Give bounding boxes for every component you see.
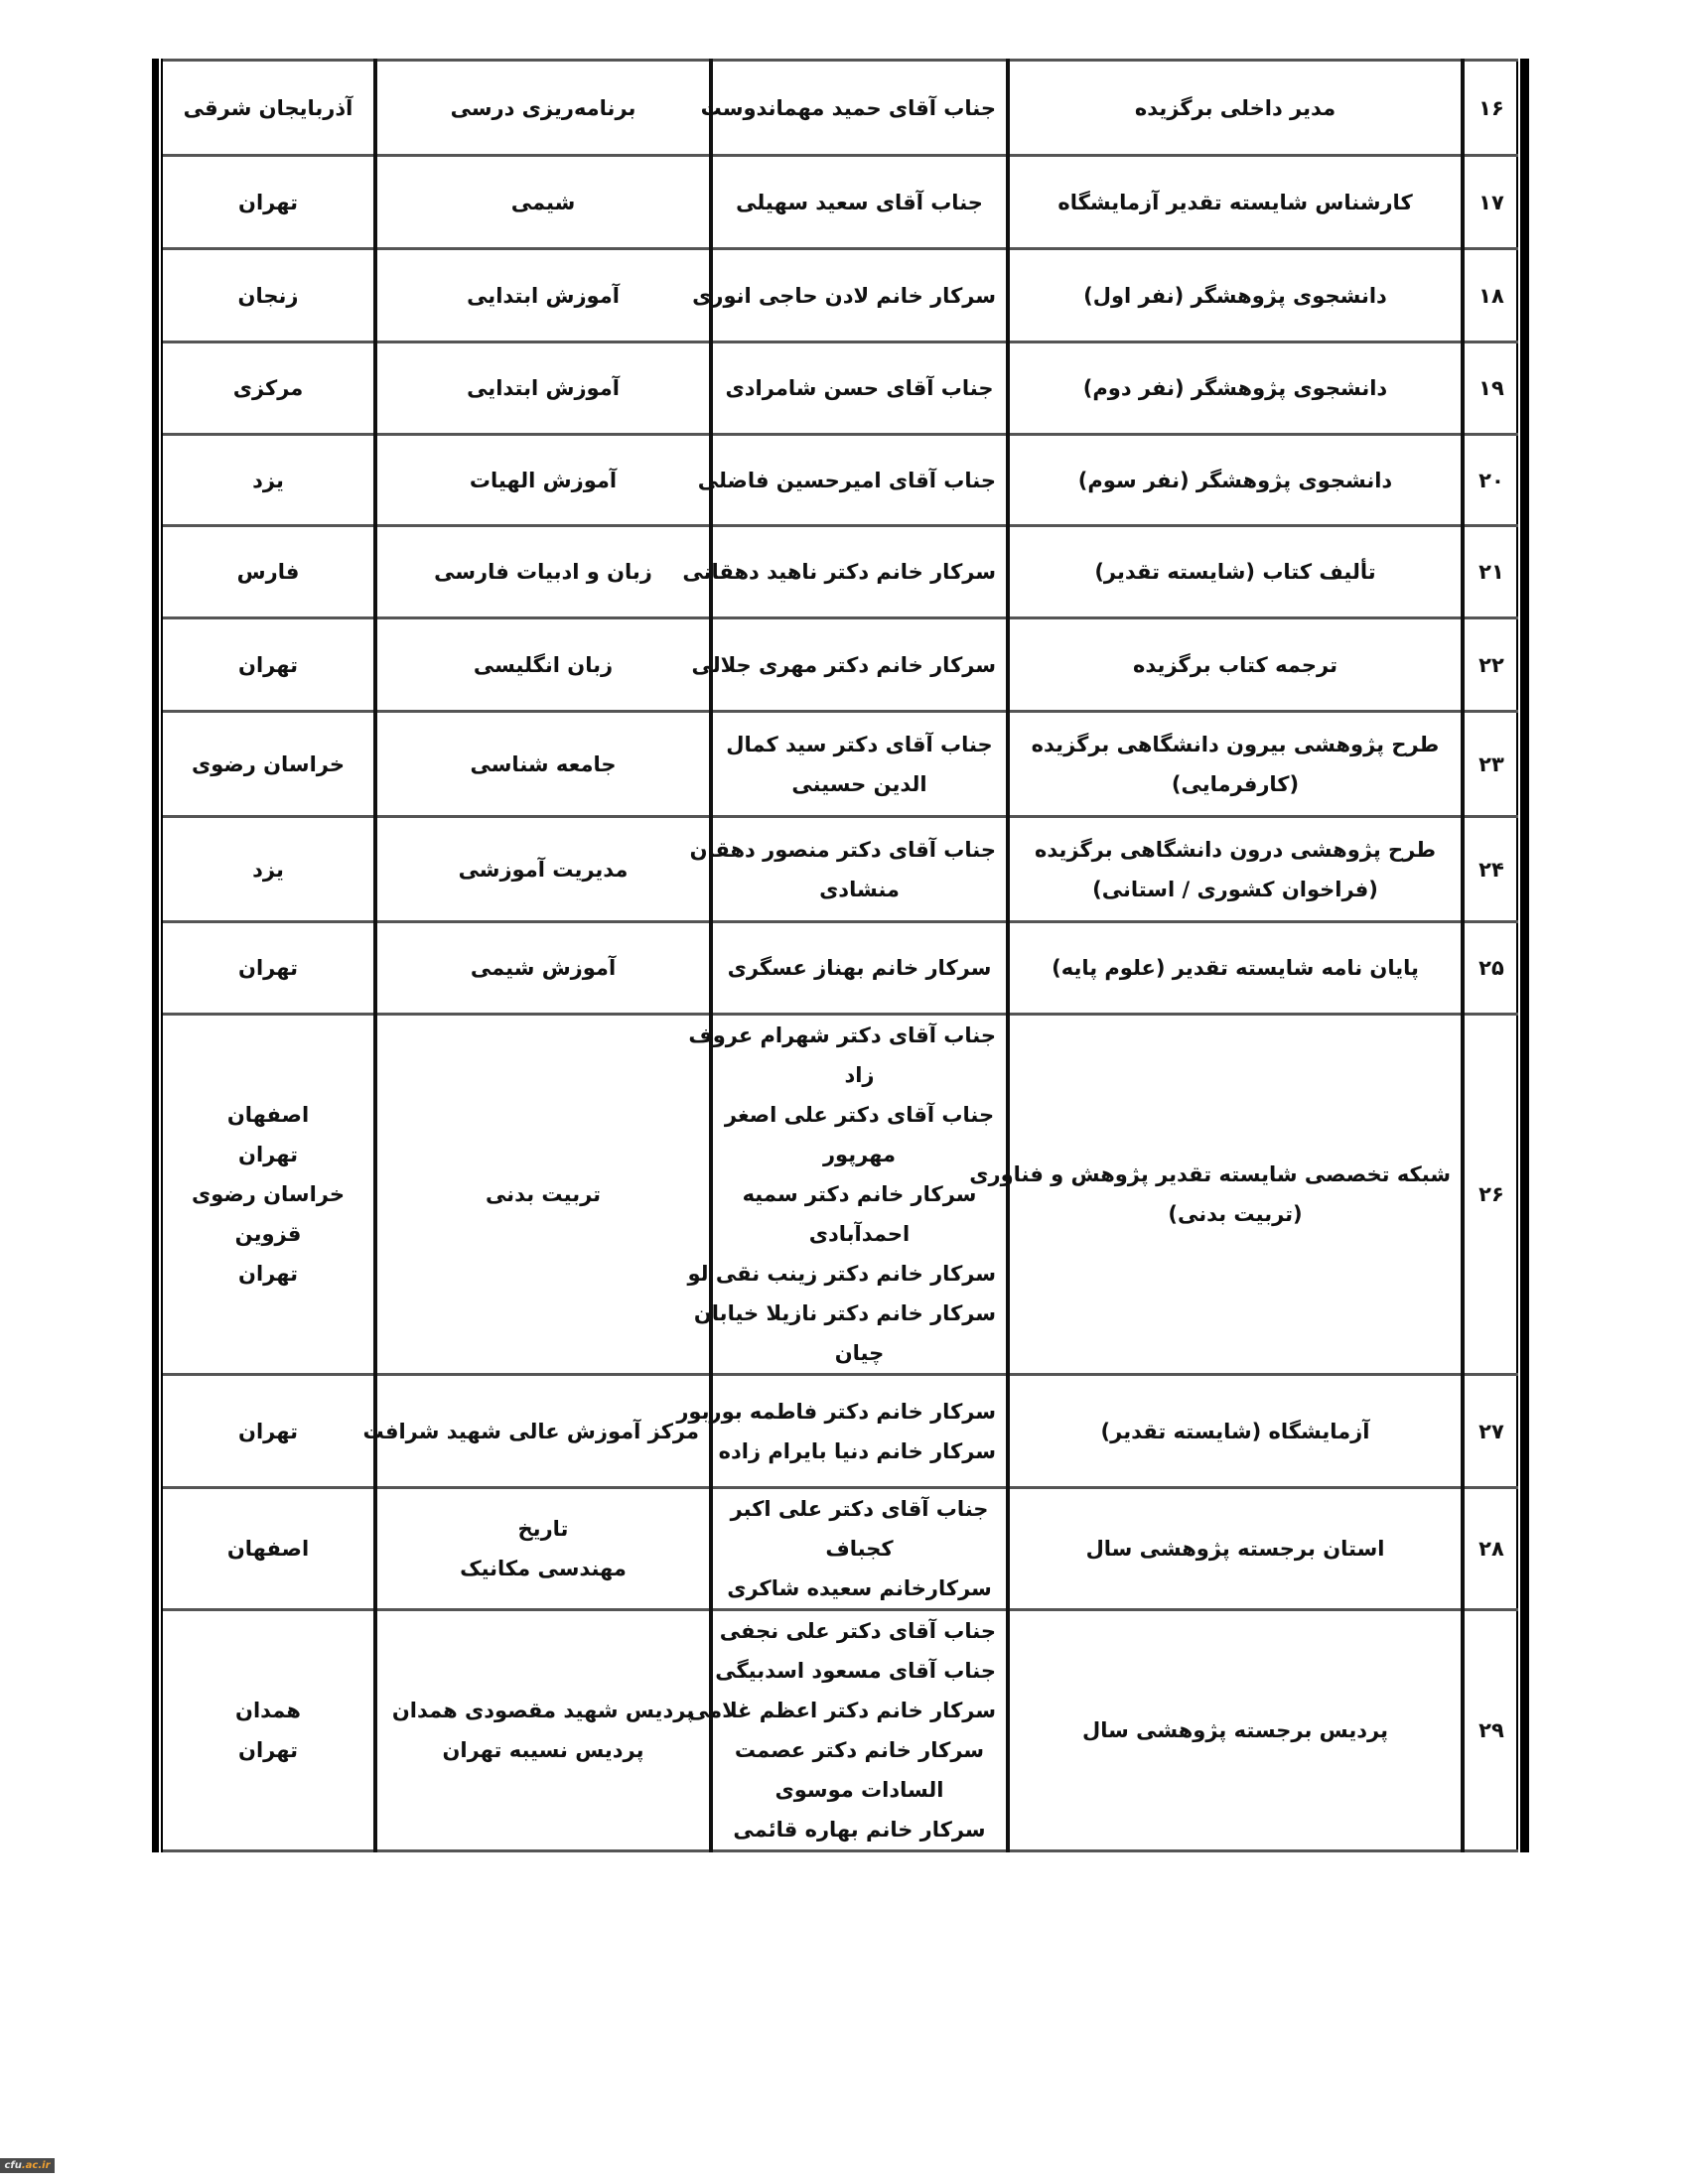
- row-number-cell: ۲۰: [1463, 435, 1518, 526]
- province-line: یزد: [173, 850, 363, 889]
- awards-table-container: ۱۶مدیر داخلی برگزیدهجناب آقای حمید مهمان…: [152, 59, 1529, 1852]
- row-number-cell: ۲۵: [1463, 922, 1518, 1015]
- row-number-cell: ۲۶: [1463, 1015, 1518, 1375]
- award-title-cell: شبکه تخصصی شایسته تقدیر پژوهش و فناوری(ت…: [1008, 1015, 1463, 1375]
- province-line: فارس: [173, 552, 363, 592]
- award-title-cell: مدیر داخلی برگزیده: [1008, 61, 1463, 156]
- province-line: تهران: [173, 1135, 363, 1174]
- site-watermark: cfu.ac.ir: [0, 2158, 55, 2173]
- recipient-names-line: سرکار خانم دکتر سمیه: [723, 1174, 996, 1214]
- province-line: تهران: [173, 1730, 363, 1770]
- award-title-cell: دانشجوی پژوهشگر (نفر اول): [1008, 249, 1463, 342]
- recipient-names-line: جناب آقای دکتر علی نجفی: [723, 1611, 996, 1651]
- province-line: زنجان: [173, 276, 363, 316]
- field-cell: شیمی: [375, 156, 711, 249]
- row-number-cell: ۱۸: [1463, 249, 1518, 342]
- award-title-line: مدیر داخلی برگزیده: [1020, 88, 1451, 128]
- province-cell: فارس: [163, 526, 375, 618]
- award-title-cell: کارشناس شایسته تقدیر آزمایشگاه: [1008, 156, 1463, 249]
- recipient-names-cell: جناب آقای حمید مهماندوست: [711, 61, 1008, 156]
- recipient-names-line: سرکار خانم دکتر نازیلا خیابان: [723, 1294, 996, 1333]
- field-cell: مدیریت آموزشی: [375, 817, 711, 922]
- province-cell: اصفهان: [163, 1488, 375, 1610]
- watermark-text-cfu: cfu: [4, 2160, 21, 2171]
- recipient-names-cell: جناب آقای حسن شامرادی: [711, 342, 1008, 435]
- field-cell: زبان انگلیسی: [375, 618, 711, 712]
- province-cell: تهران: [163, 618, 375, 712]
- province-cell: تهران: [163, 1375, 375, 1488]
- field-cell: آموزش ابتدایی: [375, 249, 711, 342]
- table-row: ۱۶مدیر داخلی برگزیدهجناب آقای حمید مهمان…: [163, 61, 1518, 156]
- recipient-names-line: جناب آقای دکتر شهرام عروف: [723, 1016, 996, 1055]
- table-row: ۱۹دانشجوی پژوهشگر (نفر دوم)جناب آقای حسن…: [163, 342, 1518, 435]
- award-title-line: دانشجوی پژوهشگر (نفر دوم): [1020, 368, 1451, 408]
- row-number-cell: ۲۹: [1463, 1610, 1518, 1851]
- province-line: تهران: [173, 1412, 363, 1451]
- province-cell: زنجان: [163, 249, 375, 342]
- province-line: مرکزی: [173, 368, 363, 408]
- table-row: ۲۲ترجمه کتاب برگزیدهسرکار خانم دکتر مهری…: [163, 618, 1518, 712]
- field-cell: برنامه‌ریزی درسی: [375, 61, 711, 156]
- recipient-names-line: جناب آقای سعید سهیلی: [723, 183, 996, 222]
- table-row: ۲۳طرح پژوهشی بیرون دانشگاهی برگزیده(کارف…: [163, 712, 1518, 817]
- province-line: تهران: [173, 1254, 363, 1294]
- field-line: مدیریت آموزشی: [387, 850, 699, 889]
- province-cell: همدانتهران: [163, 1610, 375, 1851]
- table-row: ۲۵پایان نامه شایسته تقدیر (علوم پایه)سرک…: [163, 922, 1518, 1015]
- award-title-line: استان برجسته پژوهشی سال: [1020, 1529, 1451, 1569]
- table-row: ۲۶شبکه تخصصی شایسته تقدیر پژوهش و فناوری…: [163, 1015, 1518, 1375]
- recipient-names-cell: سرکار خانم لادن حاجی انوری: [711, 249, 1008, 342]
- row-number-cell: ۱۹: [1463, 342, 1518, 435]
- award-title-cell: دانشجوی پژوهشگر (نفر دوم): [1008, 342, 1463, 435]
- recipient-names-cell: سرکار خانم دکتر مهری جلالی: [711, 618, 1008, 712]
- field-cell: آموزش ابتدایی: [375, 342, 711, 435]
- row-number-cell: ۲۴: [1463, 817, 1518, 922]
- field-line: شیمی: [387, 183, 699, 222]
- recipient-names-line: کجباف: [723, 1529, 996, 1569]
- province-line: تهران: [173, 183, 363, 222]
- field-cell: تاریخمهندسی مکانیک: [375, 1488, 711, 1610]
- recipient-names-line: جناب آقای امیرحسین فاضلی: [723, 461, 996, 500]
- field-line: تربیت بدنی: [387, 1174, 699, 1214]
- recipient-names-line: منشادی: [723, 870, 996, 909]
- province-cell: خراسان رضوی: [163, 712, 375, 817]
- recipient-names-line: جناب آقای مسعود اسدبیگی: [723, 1651, 996, 1691]
- recipient-names-cell: سرکار خانم دکتر فاطمه بوربورسرکار خانم د…: [711, 1375, 1008, 1488]
- province-line: اصفهان: [173, 1095, 363, 1135]
- field-line: جامعه شناسی: [387, 745, 699, 784]
- field-line: مهندسی مکانیک: [387, 1549, 699, 1588]
- row-number-cell: ۱۷: [1463, 156, 1518, 249]
- recipient-names-line: جناب آقای دکتر علی اصغر: [723, 1095, 996, 1135]
- table-row: ۲۸استان برجسته پژوهشی سالجناب آقای دکتر …: [163, 1488, 1518, 1610]
- province-cell: تهران: [163, 922, 375, 1015]
- field-line: زبان و ادبیات فارسی: [387, 552, 699, 592]
- table-border-right: [1520, 59, 1529, 1852]
- award-title-line: طرح پژوهشی بیرون دانشگاهی برگزیده: [1020, 725, 1451, 764]
- recipient-names-line: السادات موسوی: [723, 1770, 996, 1810]
- province-line: تهران: [173, 645, 363, 685]
- table-row: ۱۷کارشناس شایسته تقدیر آزمایشگاهجناب آقا…: [163, 156, 1518, 249]
- province-line: تهران: [173, 948, 363, 988]
- award-title-line: (کارفرمایی): [1020, 764, 1451, 804]
- province-line: یزد: [173, 461, 363, 500]
- recipient-names-cell: سرکار خانم دکتر ناهید دهقانی: [711, 526, 1008, 618]
- field-line: مرکز آموزش عالی شهید شرافت: [387, 1412, 699, 1451]
- table-row: ۲۰دانشجوی پژوهشگر (نفر سوم)جناب آقای امی…: [163, 435, 1518, 526]
- field-line: پردیس شهید مقصودی همدان: [387, 1691, 699, 1730]
- recipient-names-line: سرکار خانم دکتر عصمت: [723, 1730, 996, 1770]
- field-cell: تربیت بدنی: [375, 1015, 711, 1375]
- field-line: آموزش شیمی: [387, 948, 699, 988]
- award-title-cell: طرح پژوهشی بیرون دانشگاهی برگزیده(کارفرم…: [1008, 712, 1463, 817]
- table-row: ۲۱تألیف کتاب (شایسته تقدیر)سرکار خانم دک…: [163, 526, 1518, 618]
- recipient-names-cell: جناب آقای دکتر علی نجفیجناب آقای مسعود ا…: [711, 1610, 1008, 1851]
- recipient-names-line: چیان: [723, 1333, 996, 1373]
- recipient-names-line: سرکار خانم دکتر زینب نقی لو: [723, 1254, 996, 1294]
- award-title-line: طرح پژوهشی درون دانشگاهی برگزیده: [1020, 830, 1451, 870]
- award-title-cell: تألیف کتاب (شایسته تقدیر): [1008, 526, 1463, 618]
- recipient-names-cell: جناب آقای دکتر منصور دهقانمنشادی: [711, 817, 1008, 922]
- award-title-line: (فراخوان کشوری / استانی): [1020, 870, 1451, 909]
- field-cell: آموزش الهیات: [375, 435, 711, 526]
- row-number-cell: ۲۱: [1463, 526, 1518, 618]
- recipient-names-line: سرکار خانم دکتر ناهید دهقانی: [723, 552, 996, 592]
- table-row: ۲۷آزمایشگاه (شایسته تقدیر)سرکار خانم دکت…: [163, 1375, 1518, 1488]
- province-line: همدان: [173, 1691, 363, 1730]
- table-row: ۲۹پردیس برجسته پژوهشی سالجناب آقای دکتر …: [163, 1610, 1518, 1851]
- recipient-names-line: جناب آقای دکتر منصور دهقان: [723, 830, 996, 870]
- recipient-names-cell: سرکار خانم بهناز عسگری: [711, 922, 1008, 1015]
- award-title-cell: پردیس برجسته پژوهشی سال: [1008, 1610, 1463, 1851]
- recipient-names-cell: جناب آقای دکتر سید کمالالدین حسینی: [711, 712, 1008, 817]
- field-cell: آموزش شیمی: [375, 922, 711, 1015]
- province-line: قزوین: [173, 1214, 363, 1254]
- recipient-names-line: جناب آقای دکتر علی اکبر: [723, 1489, 996, 1529]
- recipient-names-line: جناب آقای دکتر سید کمال: [723, 725, 996, 764]
- awards-table-body: ۱۶مدیر داخلی برگزیدهجناب آقای حمید مهمان…: [163, 61, 1518, 1851]
- province-cell: یزد: [163, 817, 375, 922]
- field-cell: جامعه شناسی: [375, 712, 711, 817]
- recipient-names-line: سرکار خانم دکتر فاطمه بوربور: [723, 1392, 996, 1432]
- recipient-names-line: سرکار خانم بهناز عسگری: [723, 948, 996, 988]
- award-title-line: کارشناس شایسته تقدیر آزمایشگاه: [1020, 183, 1451, 222]
- field-line: آموزش الهیات: [387, 461, 699, 500]
- recipient-names-line: احمدآبادی: [723, 1214, 996, 1254]
- awards-table: ۱۶مدیر داخلی برگزیدهجناب آقای حمید مهمان…: [163, 59, 1518, 1852]
- award-title-line: (تربیت بدنی): [1020, 1194, 1451, 1234]
- table-row: ۲۴طرح پژوهشی درون دانشگاهی برگزیده(فراخو…: [163, 817, 1518, 922]
- province-cell: یزد: [163, 435, 375, 526]
- recipient-names-line: مهرپور: [723, 1135, 996, 1174]
- row-number-cell: ۲۲: [1463, 618, 1518, 712]
- award-title-line: دانشجوی پژوهشگر (نفر سوم): [1020, 461, 1451, 500]
- field-line: تاریخ: [387, 1509, 699, 1549]
- table-border-left: [152, 59, 159, 1852]
- field-cell: پردیس شهید مقصودی همدانپردیس نسیبه تهران: [375, 1610, 711, 1851]
- recipient-names-line: سرکار خانم دنیا بایرام زاده: [723, 1432, 996, 1471]
- row-number-cell: ۱۶: [1463, 61, 1518, 156]
- field-line: برنامه‌ریزی درسی: [387, 88, 699, 128]
- recipient-names-line: سرکار خانم دکتر اعظم غلامی: [723, 1691, 996, 1730]
- award-title-cell: دانشجوی پژوهشگر (نفر سوم): [1008, 435, 1463, 526]
- field-cell: زبان و ادبیات فارسی: [375, 526, 711, 618]
- award-title-cell: استان برجسته پژوهشی سال: [1008, 1488, 1463, 1610]
- award-title-line: پردیس برجسته پژوهشی سال: [1020, 1710, 1451, 1750]
- row-number-cell: ۲۷: [1463, 1375, 1518, 1488]
- province-cell: مرکزی: [163, 342, 375, 435]
- recipient-names-line: سرکارخانم سعیده شاکری: [723, 1569, 996, 1608]
- field-cell: مرکز آموزش عالی شهید شرافت: [375, 1375, 711, 1488]
- province-line: اصفهان: [173, 1529, 363, 1569]
- province-line: خراسان رضوی: [173, 745, 363, 784]
- field-line: آموزش ابتدایی: [387, 276, 699, 316]
- table-row: ۱۸دانشجوی پژوهشگر (نفر اول)سرکار خانم لا…: [163, 249, 1518, 342]
- row-number-cell: ۲۸: [1463, 1488, 1518, 1610]
- recipient-names-line: الدین حسینی: [723, 764, 996, 804]
- recipient-names-line: زاد: [723, 1055, 996, 1095]
- award-title-line: آزمایشگاه (شایسته تقدیر): [1020, 1412, 1451, 1451]
- field-line: آموزش ابتدایی: [387, 368, 699, 408]
- award-title-line: ترجمه کتاب برگزیده: [1020, 645, 1451, 685]
- recipient-names-line: جناب آقای حسن شامرادی: [723, 368, 996, 408]
- row-number-cell: ۲۳: [1463, 712, 1518, 817]
- award-title-line: تألیف کتاب (شایسته تقدیر): [1020, 552, 1451, 592]
- recipient-names-cell: جناب آقای امیرحسین فاضلی: [711, 435, 1008, 526]
- recipient-names-line: سرکار خانم بهاره قائمی: [723, 1810, 996, 1849]
- recipient-names-line: سرکار خانم لادن حاجی انوری: [723, 276, 996, 316]
- award-title-line: دانشجوی پژوهشگر (نفر اول): [1020, 276, 1451, 316]
- award-title-cell: آزمایشگاه (شایسته تقدیر): [1008, 1375, 1463, 1488]
- recipient-names-line: جناب آقای حمید مهماندوست: [723, 88, 996, 128]
- field-line: زبان انگلیسی: [387, 645, 699, 685]
- province-cell: اصفهانتهرانخراسان رضویقزوینتهران: [163, 1015, 375, 1375]
- award-title-line: شبکه تخصصی شایسته تقدیر پژوهش و فناوری: [1020, 1155, 1451, 1194]
- recipient-names-line: سرکار خانم دکتر مهری جلالی: [723, 645, 996, 685]
- award-title-cell: پایان نامه شایسته تقدیر (علوم پایه): [1008, 922, 1463, 1015]
- province-line: آذربایجان شرقی: [173, 88, 363, 128]
- field-line: پردیس نسیبه تهران: [387, 1730, 699, 1770]
- recipient-names-cell: جناب آقای دکتر علی اکبرکجبافسرکارخانم سع…: [711, 1488, 1008, 1610]
- recipient-names-cell: جناب آقای سعید سهیلی: [711, 156, 1008, 249]
- award-title-cell: طرح پژوهشی درون دانشگاهی برگزیده(فراخوان…: [1008, 817, 1463, 922]
- recipient-names-cell: جناب آقای دکتر شهرام عروفزادجناب آقای دک…: [711, 1015, 1008, 1375]
- province-cell: تهران: [163, 156, 375, 249]
- award-title-cell: ترجمه کتاب برگزیده: [1008, 618, 1463, 712]
- province-line: خراسان رضوی: [173, 1174, 363, 1214]
- award-title-line: پایان نامه شایسته تقدیر (علوم پایه): [1020, 948, 1451, 988]
- watermark-text-domain: .ac.ir: [22, 2160, 51, 2171]
- province-cell: آذربایجان شرقی: [163, 61, 375, 156]
